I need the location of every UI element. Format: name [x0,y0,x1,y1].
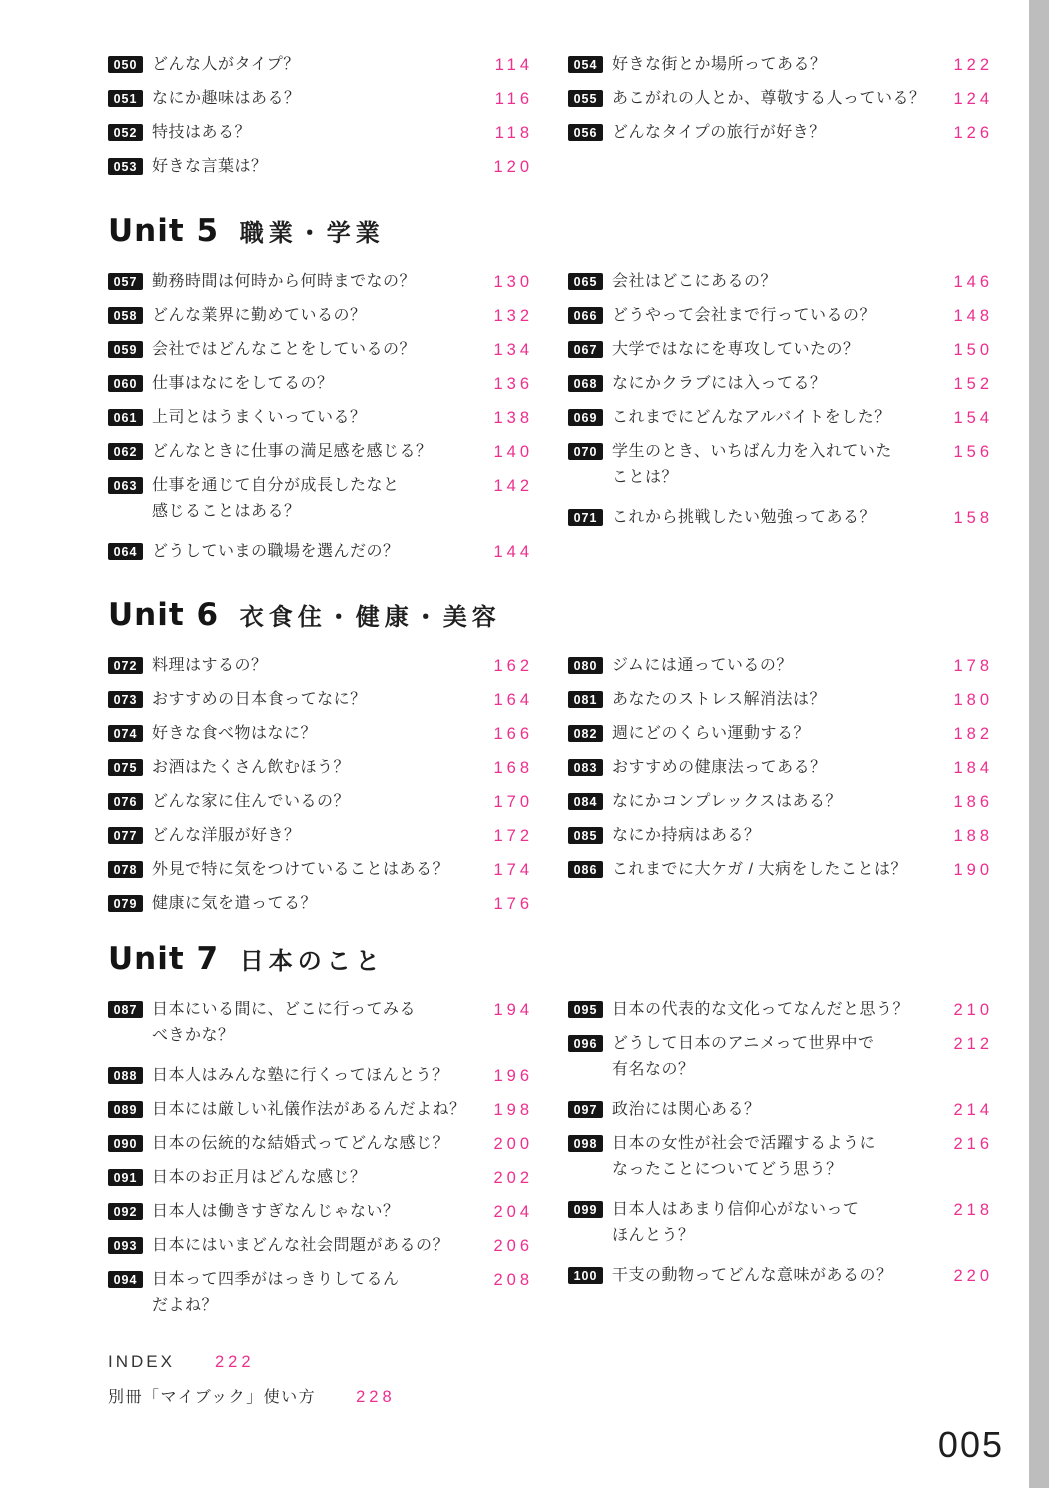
entry-title: 日本人は働きすぎなんじゃない？ [152,1199,487,1225]
entry-title: 健康に気を遣ってる？ [152,891,487,917]
entry-page-number: 134 [493,337,533,363]
entry-number-badge: 085 [568,827,603,844]
entry-title: ジムには通っているの？ [612,653,947,679]
entry-number-badge: 079 [108,895,143,912]
entry-number-badge: 092 [108,1203,143,1220]
entry-page-number: 176 [493,891,533,917]
toc-column-left: 087 日本にいる間に、どこに行ってみる べきかな？ 194 088 日本人はみ… [108,997,533,1333]
entry-title: なにか趣味はある？ [152,86,489,112]
entry-title: あこがれの人とか、尊敬する人っている？ [612,86,947,112]
entry-title: 日本って四季がはっきりしてるん だよね？ [152,1267,487,1319]
entry-number-badge: 067 [568,341,603,358]
entry-title: お酒はたくさん飲むほう？ [152,755,487,781]
toc-column-left: 072 料理はするの？ 162 073 おすすめの日本食ってなに？ 164 07… [108,653,533,925]
entry-page-number: 124 [953,86,993,112]
entry-title: どうやって会社まで行っているの？ [612,303,947,329]
entry-number-badge: 065 [568,273,603,290]
entry-title: 好きな街とか場所ってある？ [612,52,947,78]
entry-number-badge: 083 [568,759,603,776]
entry-page-number: 118 [495,120,533,146]
entry-title: 仕事はなにをしてるの？ [152,371,487,397]
entry-number-badge: 063 [108,477,143,494]
entry-page-number: 210 [953,997,993,1023]
entry-page-number: 180 [953,687,993,713]
entry-number-badge: 074 [108,725,143,742]
entry-title: 仕事を通じて自分が成長したなと 感じることはある？ [152,473,487,525]
toc-entry: 050 どんな人がタイプ？ 114 [108,52,533,78]
entry-page-number: 178 [953,653,993,679]
entry-page-number: 218 [953,1197,993,1223]
toc-entry: 093 日本にはいまどんな社会問題があるの？ 206 [108,1233,533,1259]
entry-number-badge: 095 [568,1001,603,1018]
entry-page-number: 130 [493,269,533,295]
entry-page-number: 136 [493,371,533,397]
entry-number-badge: 093 [108,1237,143,1254]
page-edge-gray-bar [1029,0,1049,1488]
entry-number-badge: 076 [108,793,143,810]
entry-page-number: 132 [493,303,533,329]
entry-number-badge: 099 [568,1201,603,1218]
toc-entry: 091 日本のお正月はどんな感じ？ 202 [108,1165,533,1191]
toc-column-left: 050 どんな人がタイプ？ 114 051 なにか趣味はある？ 116 052 … [108,52,533,188]
toc-entry: 056 どんなタイプの旅行が好き？ 126 [568,120,993,146]
toc-entry: 072 料理はするの？ 162 [108,653,533,679]
entry-page-number: 200 [493,1131,533,1157]
entry-number-badge: 087 [108,1001,143,1018]
toc-columns: 057 勤務時間は何時から何時までなの？ 130 058 どんな業界に勤めている… [108,269,993,573]
index-page-number: 222 [215,1353,255,1372]
entry-page-number: 166 [493,721,533,747]
entry-number-badge: 088 [108,1067,143,1084]
entry-title: これまでに大ケガ / 大病をしたことは？ [612,857,947,883]
toc-entry: 077 どんな洋服が好き？ 172 [108,823,533,849]
entry-title: なにかクラブには入ってる？ [612,371,947,397]
entry-page-number: 150 [953,337,993,363]
unit-topic-label: 職業・学業 [240,220,385,247]
toc-entry: 098 日本の女性が社会で活躍するように なったことについてどう思う？ 216 [568,1131,993,1183]
entry-number-badge: 068 [568,375,603,392]
toc-footer: INDEX 222 別冊「マイブック」使い方 228 [108,1352,396,1419]
toc-entry: 082 週にどのくらい運動する？ 182 [568,721,993,747]
toc-section-unit4cont: 050 どんな人がタイプ？ 114 051 なにか趣味はある？ 116 052 … [108,52,993,188]
toc-entry: 064 どうしていまの職場を選んだの？ 144 [108,539,533,565]
entry-page-number: 184 [953,755,993,781]
entry-number-badge: 057 [108,273,143,290]
entry-title: どんな家に住んでいるの？ [152,789,487,815]
toc-column-left: 057 勤務時間は何時から何時までなの？ 130 058 どんな業界に勤めている… [108,269,533,573]
entry-page-number: 198 [493,1097,533,1123]
entry-title: 上司とはうまくいっている？ [152,405,487,431]
toc-entry: 100 干支の動物ってどんな意味があるの？ 220 [568,1263,993,1289]
entry-page-number: 220 [953,1263,993,1289]
entry-title: 日本の代表的な文化ってなんだと思う？ [612,997,947,1023]
entry-title: 政治には関心ある？ [612,1097,947,1123]
entry-title: 好きな食べ物はなに？ [152,721,487,747]
toc-columns: 050 どんな人がタイプ？ 114 051 なにか趣味はある？ 116 052 … [108,52,993,188]
toc-entry: 088 日本人はみんな塾に行くってほんとう？ 196 [108,1063,533,1089]
entry-title: 干支の動物ってどんな意味があるの？ [612,1263,947,1289]
mybook-entry: 別冊「マイブック」使い方 228 [108,1384,396,1407]
entry-title: おすすめの日本食ってなに？ [152,687,487,713]
unit-label: Unit 6 [108,597,219,633]
toc-entry: 071 これから挑戦したい勉強ってある？ 158 [568,505,993,531]
toc-entry: 099 日本人はあまり信仰心がないって ほんとう？ 218 [568,1197,993,1249]
entry-page-number: 164 [493,687,533,713]
entry-page-number: 156 [953,439,993,465]
entry-page-number: 208 [493,1267,533,1293]
toc-entry: 063 仕事を通じて自分が成長したなと 感じることはある？ 142 [108,473,533,525]
unit-heading: Unit 6 衣食住・健康・美容 [108,596,993,637]
toc-entry: 079 健康に気を遣ってる？ 176 [108,891,533,917]
entry-page-number: 194 [493,997,533,1023]
entry-page-number: 126 [953,120,993,146]
entry-page-number: 202 [493,1165,533,1191]
toc-entry: 060 仕事はなにをしてるの？ 136 [108,371,533,397]
entry-number-badge: 078 [108,861,143,878]
entry-title: あなたのストレス解消法は？ [612,687,947,713]
entry-title: これから挑戦したい勉強ってある？ [612,505,947,531]
toc-entry: 068 なにかクラブには入ってる？ 152 [568,371,993,397]
entry-page-number: 120 [493,154,533,180]
entry-number-badge: 058 [108,307,143,324]
entry-title: どんな人がタイプ？ [152,52,489,78]
entry-page-number: 162 [493,653,533,679]
entry-title: 日本人はあまり信仰心がないって ほんとう？ [612,1197,947,1249]
entry-title: 週にどのくらい運動する？ [612,721,947,747]
entry-title: 大学ではなにを専攻していたの？ [612,337,947,363]
unit-label: Unit 7 [108,941,219,977]
toc-entry: 080 ジムには通っているの？ 178 [568,653,993,679]
entry-page-number: 146 [953,269,993,295]
toc-entry: 076 どんな家に住んでいるの？ 170 [108,789,533,815]
entry-number-badge: 054 [568,56,603,73]
entry-number-badge: 080 [568,657,603,674]
toc-entry: 057 勤務時間は何時から何時までなの？ 130 [108,269,533,295]
entry-title: 学生のとき、いちばん力を入れていた ことは？ [612,439,947,491]
entry-page-number: 190 [953,857,993,883]
entry-title: 日本にいる間に、どこに行ってみる べきかな？ [152,997,487,1049]
entry-title: 勤務時間は何時から何時までなの？ [152,269,487,295]
toc-entry: 097 政治には関心ある？ 214 [568,1097,993,1123]
toc-entry: 052 特技はある？ 118 [108,120,533,146]
entry-title: おすすめの健康法ってある？ [612,755,947,781]
entry-title: どうしていまの職場を選んだの？ [152,539,487,565]
entry-page-number: 188 [953,823,993,849]
entry-number-badge: 090 [108,1135,143,1152]
entry-title: なにかコンプレックスはある？ [612,789,947,815]
toc-entry: 053 好きな言葉は？ 120 [108,154,533,180]
entry-number-badge: 082 [568,725,603,742]
index-label: INDEX [108,1352,175,1372]
toc-entry: 055 あこがれの人とか、尊敬する人っている？ 124 [568,86,993,112]
entry-page-number: 114 [495,52,533,78]
index-entry: INDEX 222 [108,1352,396,1372]
toc-entry: 084 なにかコンプレックスはある？ 186 [568,789,993,815]
toc-section-unit5: Unit 5 職業・学業 057 勤務時間は何時から何時までなの？ 130 05… [108,212,993,573]
toc-entry: 059 会社ではどんなことをしているの？ 134 [108,337,533,363]
entry-page-number: 144 [493,539,533,565]
toc-entry: 089 日本には厳しい礼儀作法があるんだよね？ 198 [108,1097,533,1123]
toc-entry: 075 お酒はたくさん飲むほう？ 168 [108,755,533,781]
entry-page-number: 154 [953,405,993,431]
entry-page-number: 140 [493,439,533,465]
toc-column-right: 080 ジムには通っているの？ 178 081 あなたのストレス解消法は？ 18… [568,653,993,925]
entry-title: 外見で特に気をつけていることはある？ [152,857,487,883]
entry-title: どんな洋服が好き？ [152,823,487,849]
entry-page-number: 170 [493,789,533,815]
entry-number-badge: 071 [568,509,603,526]
entry-number-badge: 051 [108,90,143,107]
toc-entry: 086 これまでに大ケガ / 大病をしたことは？ 190 [568,857,993,883]
entry-title: 会社ではどんなことをしているの？ [152,337,487,363]
toc-entry: 096 どうして日本のアニメって世界中で 有名なの？ 212 [568,1031,993,1083]
entry-page-number: 186 [953,789,993,815]
toc-entry: 081 あなたのストレス解消法は？ 180 [568,687,993,713]
toc-entry: 066 どうやって会社まで行っているの？ 148 [568,303,993,329]
unit-label: Unit 5 [108,213,219,249]
entry-number-badge: 086 [568,861,603,878]
entry-number-badge: 052 [108,124,143,141]
entry-number-badge: 073 [108,691,143,708]
entry-number-badge: 100 [568,1267,603,1284]
toc-entry: 085 なにか持病はある？ 188 [568,823,993,849]
unit-heading: Unit 7 日本のこと [108,940,993,981]
entry-title: 会社はどこにあるの？ [612,269,947,295]
entry-title: 日本のお正月はどんな感じ？ [152,1165,487,1191]
toc-entry: 073 おすすめの日本食ってなに？ 164 [108,687,533,713]
unit-heading: Unit 5 職業・学業 [108,212,993,253]
entry-title: 日本の女性が社会で活躍するように なったことについてどう思う？ [612,1131,947,1183]
toc-entry: 067 大学ではなにを専攻していたの？ 150 [568,337,993,363]
entry-page-number: 204 [493,1199,533,1225]
entry-number-badge: 072 [108,657,143,674]
entry-title: 特技はある？ [152,120,489,146]
entry-number-badge: 075 [108,759,143,776]
entry-number-badge: 069 [568,409,603,426]
entry-page-number: 196 [493,1063,533,1089]
mybook-label: 別冊「マイブック」使い方 [108,1384,316,1407]
entry-number-badge: 091 [108,1169,143,1186]
toc-entry: 054 好きな街とか場所ってある？ 122 [568,52,993,78]
entry-number-badge: 055 [568,90,603,107]
entry-page-number: 122 [953,52,993,78]
entry-number-badge: 053 [108,158,143,175]
entry-title: 料理はするの？ [152,653,487,679]
entry-title: 日本にはいまどんな社会問題があるの？ [152,1233,487,1259]
unit-topic-label: 衣食住・健康・美容 [240,604,501,631]
toc-entry: 090 日本の伝統的な結婚式ってどんな感じ？ 200 [108,1131,533,1157]
entry-page-number: 148 [953,303,993,329]
toc-entry: 065 会社はどこにあるの？ 146 [568,269,993,295]
entry-page-number: 214 [953,1097,993,1123]
toc-entry: 074 好きな食べ物はなに？ 166 [108,721,533,747]
toc-entry: 061 上司とはうまくいっている？ 138 [108,405,533,431]
entry-page-number: 206 [493,1233,533,1259]
entry-title: 日本の伝統的な結婚式ってどんな感じ？ [152,1131,487,1157]
toc-entry: 058 どんな業界に勤めているの？ 132 [108,303,533,329]
toc-column-right: 065 会社はどこにあるの？ 146 066 どうやって会社まで行っているの？ … [568,269,993,573]
entry-title: どんな業界に勤めているの？ [152,303,487,329]
entry-title: どうして日本のアニメって世界中で 有名なの？ [612,1031,947,1083]
toc-entry: 087 日本にいる間に、どこに行ってみる べきかな？ 194 [108,997,533,1049]
toc-entry: 083 おすすめの健康法ってある？ 184 [568,755,993,781]
toc-entry: 095 日本の代表的な文化ってなんだと思う？ 210 [568,997,993,1023]
entry-page-number: 168 [493,755,533,781]
toc-entry: 092 日本人は働きすぎなんじゃない？ 204 [108,1199,533,1225]
entry-title: これまでにどんなアルバイトをした？ [612,405,947,431]
entry-title: どんなときに仕事の満足感を感じる？ [152,439,487,465]
entry-title: どんなタイプの旅行が好き？ [612,120,947,146]
toc-column-right: 054 好きな街とか場所ってある？ 122 055 あこがれの人とか、尊敬する人… [568,52,993,188]
entry-number-badge: 097 [568,1101,603,1118]
entry-number-badge: 070 [568,443,603,460]
entry-page-number: 216 [953,1131,993,1157]
entry-page-number: 138 [493,405,533,431]
toc-entry: 070 学生のとき、いちばん力を入れていた ことは？ 156 [568,439,993,491]
entry-number-badge: 066 [568,307,603,324]
entry-title: 日本には厳しい礼儀作法があるんだよね？ [152,1097,487,1123]
entry-page-number: 174 [493,857,533,883]
toc-columns: 087 日本にいる間に、どこに行ってみる べきかな？ 194 088 日本人はみ… [108,997,993,1333]
entry-page-number: 152 [953,371,993,397]
toc-section-unit6: Unit 6 衣食住・健康・美容 072 料理はするの？ 162 073 おすす… [108,596,993,925]
entry-page-number: 142 [493,473,533,499]
entry-number-badge: 059 [108,341,143,358]
entry-title: なにか持病はある？ [612,823,947,849]
folio-page-number: 005 [938,1424,1004,1466]
entry-page-number: 172 [493,823,533,849]
entry-page-number: 182 [953,721,993,747]
entry-page-number: 212 [953,1031,993,1057]
toc-entry: 094 日本って四季がはっきりしてるん だよね？ 208 [108,1267,533,1319]
entry-number-badge: 089 [108,1101,143,1118]
entry-number-badge: 050 [108,56,143,73]
entry-page-number: 116 [495,86,533,112]
entry-page-number: 158 [953,505,993,531]
toc-columns: 072 料理はするの？ 162 073 おすすめの日本食ってなに？ 164 07… [108,653,993,925]
entry-number-badge: 096 [568,1035,603,1052]
toc-entry: 069 これまでにどんなアルバイトをした？ 154 [568,405,993,431]
entry-title: 好きな言葉は？ [152,154,487,180]
entry-title: 日本人はみんな塾に行くってほんとう？ [152,1063,487,1089]
unit-topic-label: 日本のこと [240,948,385,975]
entry-number-badge: 064 [108,543,143,560]
entry-number-badge: 056 [568,124,603,141]
entry-number-badge: 061 [108,409,143,426]
entry-number-badge: 094 [108,1271,143,1288]
entry-number-badge: 084 [568,793,603,810]
toc-entry: 051 なにか趣味はある？ 116 [108,86,533,112]
toc-section-unit7: Unit 7 日本のこと 087 日本にいる間に、どこに行ってみる べきかな？ … [108,940,993,1333]
entry-number-badge: 081 [568,691,603,708]
entry-number-badge: 062 [108,443,143,460]
toc-column-right: 095 日本の代表的な文化ってなんだと思う？ 210 096 どうして日本のアニ… [568,997,993,1333]
entry-number-badge: 077 [108,827,143,844]
toc-entry: 078 外見で特に気をつけていることはある？ 174 [108,857,533,883]
toc-entry: 062 どんなときに仕事の満足感を感じる？ 140 [108,439,533,465]
entry-number-badge: 060 [108,375,143,392]
mybook-page-number: 228 [356,1388,396,1407]
entry-number-badge: 098 [568,1135,603,1152]
